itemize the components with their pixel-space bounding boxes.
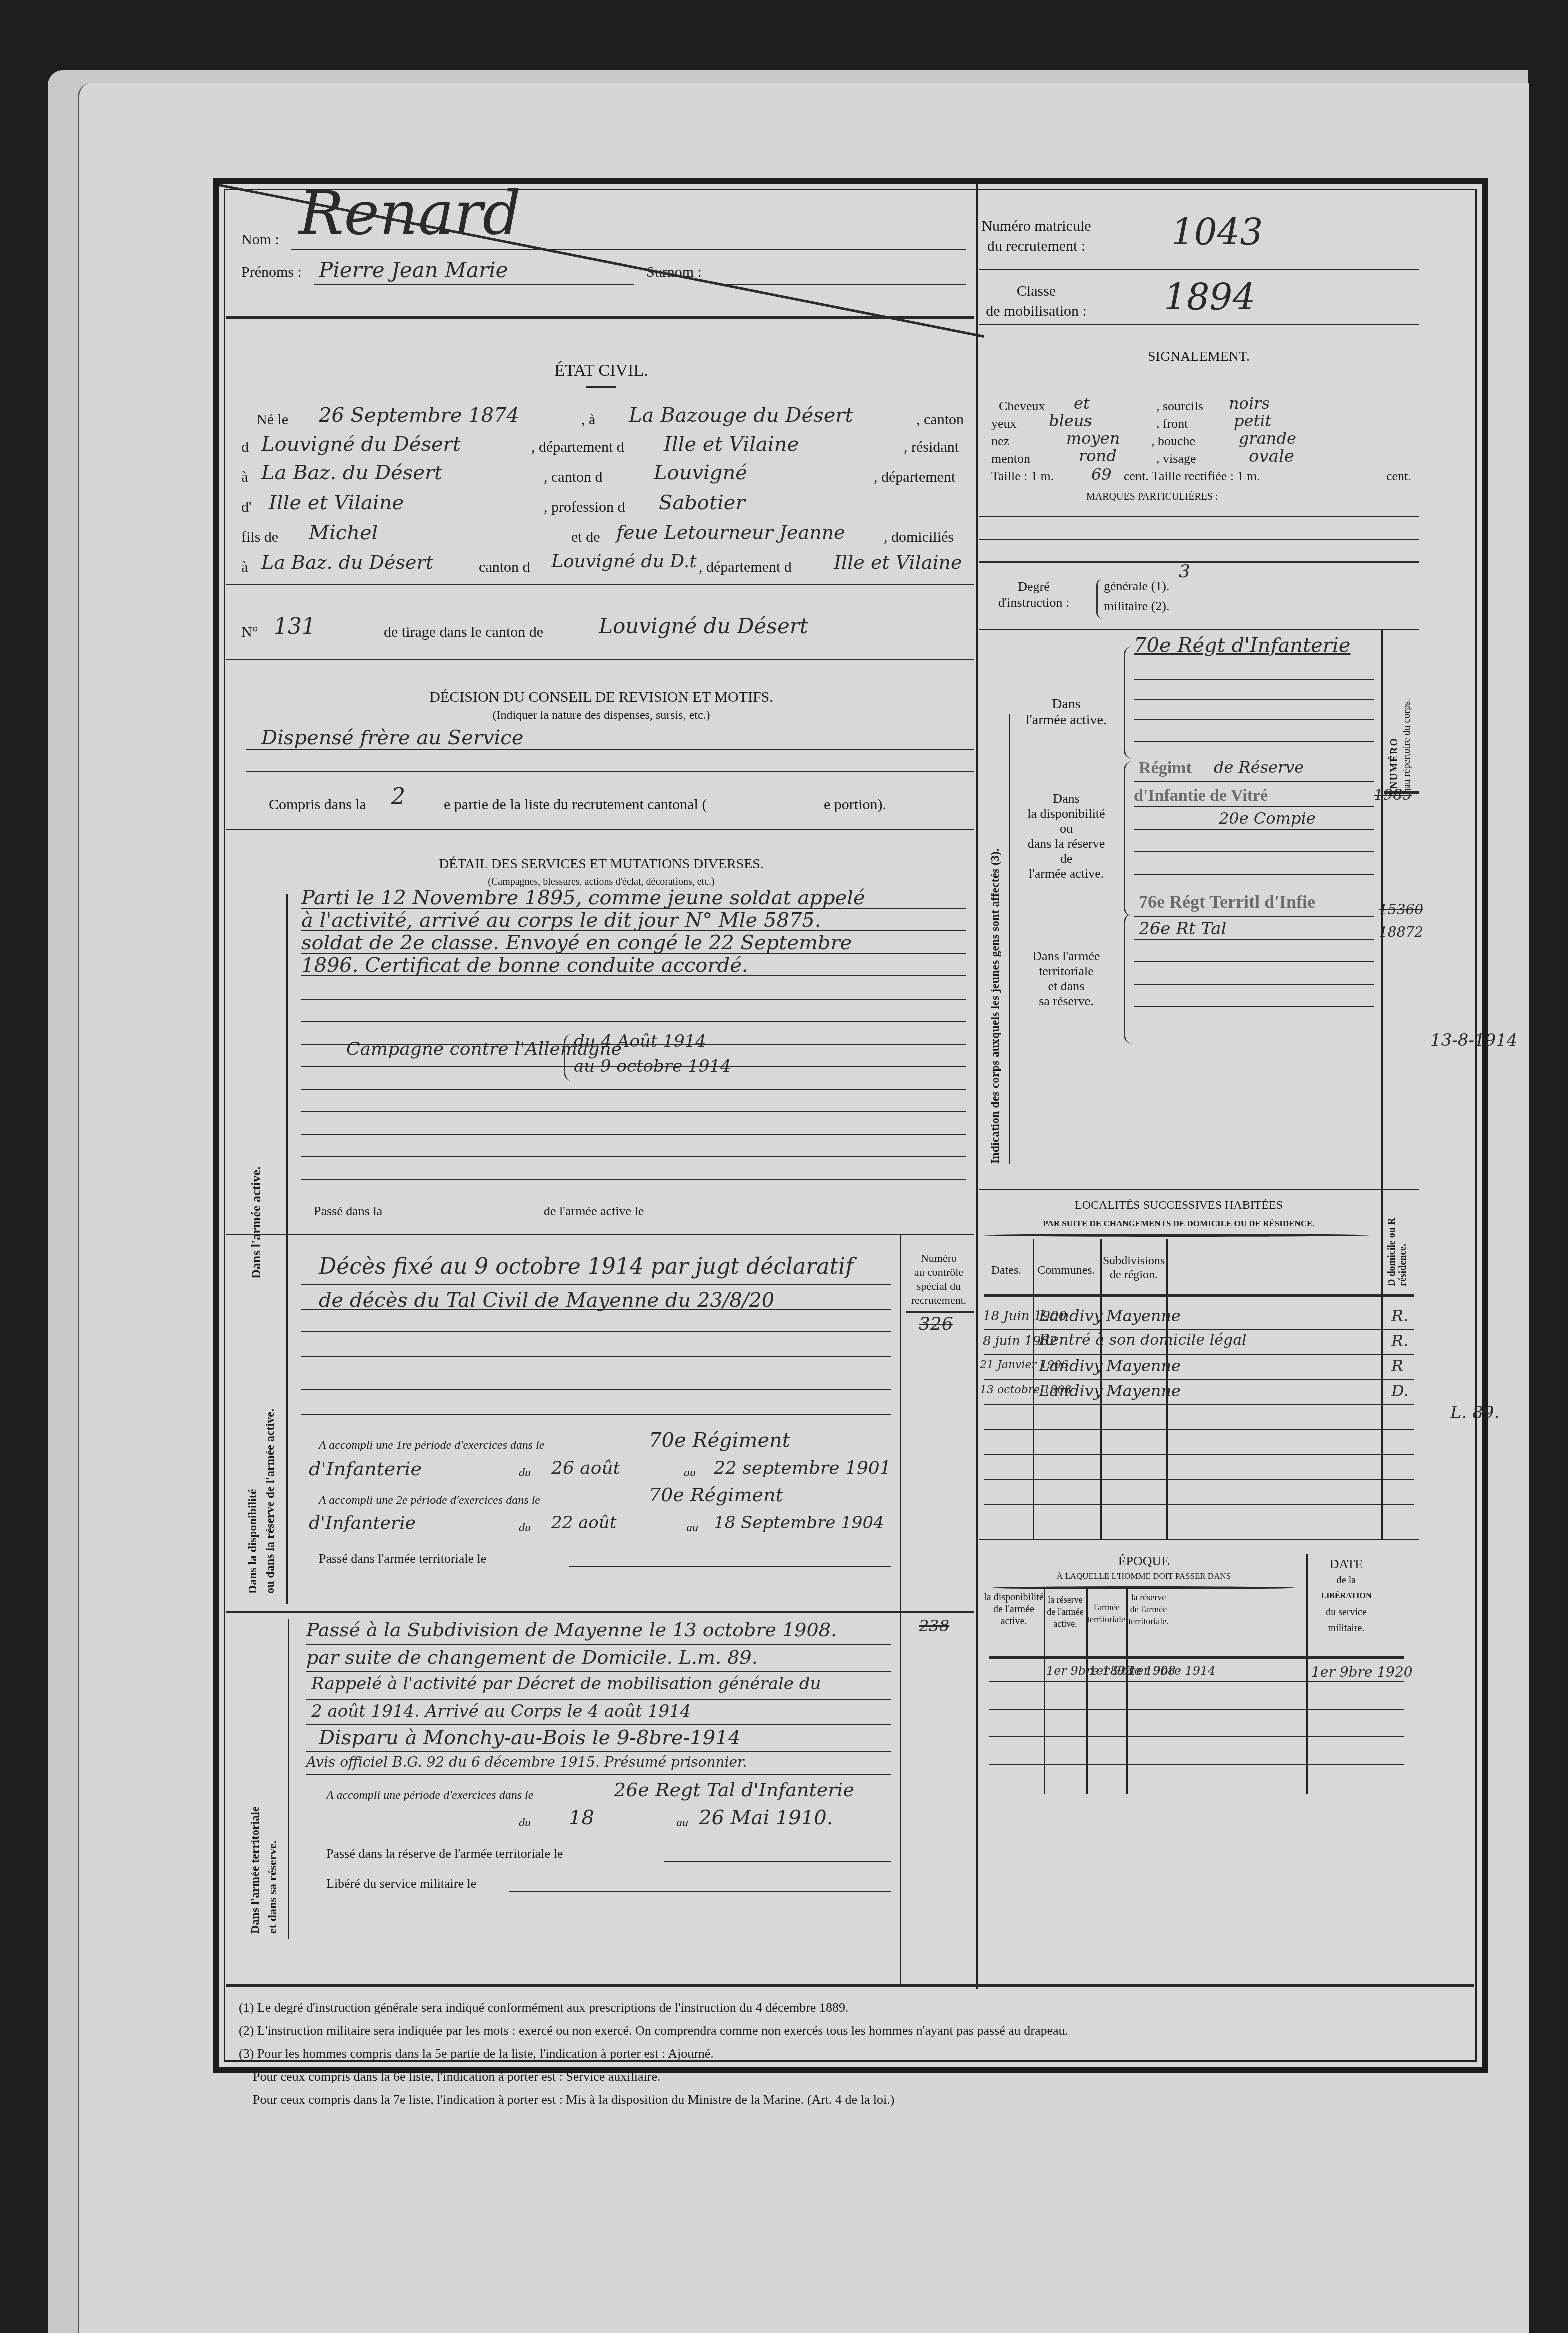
territoriale-side-label-2: et dans sa réserve. (266, 1840, 280, 1934)
residence: La Baz. du Désert (261, 461, 442, 484)
dispo-rule-3 (301, 1331, 891, 1332)
service-rule-10 (301, 1111, 966, 1112)
terr-corps-rule-2 (1134, 939, 1374, 940)
disponibilite-side-label-1: Dans la disponibilité (246, 1489, 260, 1594)
localites-title: LOCALITÉS SUCCESSIVES HABITÉES (979, 1199, 1379, 1212)
footnotes-top-rule (226, 1984, 1474, 1987)
terr-corps-rule-3 (1134, 961, 1374, 962)
residence-canton-label: , canton d (544, 469, 602, 486)
decision-value: Dispensé frère au Service (261, 726, 523, 749)
front-label: , front (1156, 416, 1188, 431)
etat-civil-bottom-rule (226, 584, 974, 585)
nez-value: moyen (1066, 429, 1120, 448)
numero-controle-divider (900, 1234, 901, 1611)
localite-type-4: D. (1391, 1381, 1409, 1400)
corps-bottom-rule (979, 1189, 1419, 1190)
disponibilite-side-rule (286, 1254, 288, 1604)
domicile: La Baz. du Désert (261, 551, 433, 573)
service-rule-5 (301, 999, 966, 1000)
liberation-header-1: DATE (1309, 1556, 1384, 1572)
localite-commune-1: Landivy (1039, 1306, 1103, 1325)
footnote-1: (1) Le degré d'instruction générale sera… (239, 1996, 1068, 2019)
instruction-brace (1096, 579, 1103, 619)
dispo-hand-2: 20e Compie (1219, 809, 1316, 828)
disponibilite-bottom-rule (226, 1611, 974, 1613)
yeux-label: yeux (991, 416, 1017, 431)
periode2-corps: 70e Régiment (649, 1484, 783, 1506)
localites-bottom-rule (979, 1539, 1419, 1540)
compris-partie: 2 (391, 784, 405, 809)
terr-corps-label-2: territoriale (1011, 964, 1121, 979)
matricule-value: 1043 (1171, 211, 1263, 253)
territoriale-line-1: Passé à la Subdivision de Mayenne le 13 … (306, 1619, 837, 1641)
decision-line-1 (246, 749, 974, 750)
bouche-value: grande (1239, 429, 1296, 448)
epoque-header-reserve-territoriale: la réserve de l'armée territoriale. (1127, 1591, 1170, 1627)
residence-dep-label: , département (874, 469, 955, 486)
footnote-3: (3) Pour les hommes compris dans la 5e p… (239, 2042, 1068, 2065)
active-rule-4 (1134, 741, 1374, 742)
dispo-corps-rule-3 (1134, 829, 1374, 830)
services-title: DÉTAIL DES SERVICES ET MUTATIONS DIVERSE… (219, 856, 984, 872)
decision-title: DÉCISION DU CONSEIL DE REVISION ET MOTIF… (219, 689, 984, 706)
decision-line-2 (246, 771, 974, 772)
service-rule-3 (301, 953, 966, 954)
generale-value: 3 (1179, 561, 1190, 582)
localite-type-1: R. (1391, 1306, 1408, 1325)
terr-reserve-label: Passé dans la réserve de l'armée territo… (326, 1846, 563, 1861)
periode1-au-label: au (684, 1466, 696, 1480)
birth-departement: Ille et Vilaine (664, 433, 799, 456)
visage-label: , visage (1156, 451, 1196, 466)
campagne-brace (564, 1034, 573, 1081)
terr-corps-rule-4 (1134, 984, 1374, 985)
margin-date: 13-8-1914 (1430, 1030, 1517, 1050)
father-name: Michel (309, 521, 378, 544)
localites-rule-4 (984, 1404, 1414, 1405)
service-rule-13 (301, 1179, 966, 1180)
service-line-2: à l'activité, arrivé au corps le dit jou… (301, 909, 821, 932)
portion-suffix: e portion). (824, 796, 886, 813)
numero-controle-value: 326 (919, 1314, 953, 1334)
liberation-header-3: LIBÉRATION (1309, 1588, 1384, 1604)
dispo-rule-4 (301, 1356, 891, 1357)
localites-header-dates: Dates. (981, 1264, 1031, 1277)
territoriale-numero-divider (900, 1611, 901, 1986)
numero-header-2: au contrôle (904, 1265, 974, 1279)
dispo-corps-label-3: ou (1011, 821, 1121, 836)
nom-underline (291, 249, 966, 250)
tirage-no-label: N° (241, 624, 258, 641)
terr-rule-4 (306, 1724, 891, 1725)
instruction-bottom-rule (979, 629, 1419, 630)
matricule-rule (979, 269, 1419, 270)
epoque-rule-4 (989, 1764, 1404, 1765)
dispo-corps-rule-4 (1134, 851, 1374, 852)
localite-commune-4: Landivy (1039, 1381, 1103, 1400)
active-label-2: l'armée active. (1011, 712, 1121, 728)
dispo-numero: 1985 (1374, 786, 1412, 804)
terr-corps-rule-1 (1134, 916, 1374, 917)
service-rule-4 (301, 975, 966, 976)
degre-label: Degré d'instruction : (979, 579, 1089, 611)
taille-value: 69 (1091, 465, 1112, 484)
periode1-corps: 70e Régiment (649, 1429, 790, 1452)
signalement-bottom-rule (979, 561, 1419, 563)
dispo-corps-rule-1 (1134, 781, 1374, 782)
taille-label: Taille : 1 m. (991, 469, 1054, 484)
resident-label: , résidant (904, 439, 959, 456)
terr-periode-du: 18 (569, 1806, 594, 1829)
active-label-1: Dans (1011, 696, 1121, 712)
active-rule-2 (1134, 699, 1374, 700)
etat-civil-rule (586, 386, 616, 388)
periode2-corps-2: d'Infanterie (309, 1513, 416, 1533)
dispo-corps-label-6: l'armée active. (1011, 866, 1121, 881)
corps-side-rule (1009, 714, 1010, 1164)
liberation-header-2: de la (1309, 1572, 1384, 1588)
dispo-corps-label-5: de (1011, 851, 1121, 866)
service-line-1: Parti le 12 Novembre 1895, comme jeune s… (301, 886, 865, 909)
epoque-flourish (991, 1586, 1296, 1589)
birth-date: 26 Septembre 1874 (319, 404, 519, 427)
cent-label: cent. (1386, 469, 1411, 484)
localite-subdivision-3: Mayenne (1106, 1356, 1181, 1375)
epoque-header-reserve-active: la réserve de l'armée active. (1045, 1594, 1086, 1630)
terr-corps-label-3: et dans (1011, 979, 1121, 994)
active-rule-3 (1134, 719, 1374, 720)
localites-header-rule (984, 1294, 1414, 1297)
periode1-au: 22 septembre 1901 (714, 1458, 891, 1478)
passe-label: Passé dans la (314, 1204, 382, 1219)
territoriale-side-label-1: Dans l'armée territoriale (249, 1806, 262, 1934)
terr-periode-au-label: au (676, 1816, 688, 1830)
classe-rule (979, 324, 1419, 325)
sourcils-value: noirs (1229, 394, 1270, 413)
terr-corps-label-1: Dans l'armée (1011, 949, 1121, 964)
liberation-divider (1306, 1554, 1308, 1794)
decision-subtitle: (Indiquer la nature des dispenses, sursi… (219, 709, 984, 722)
tirage-label: de tirage dans le canton de (384, 624, 543, 641)
canton-label: , canton (916, 411, 964, 428)
epoque-header-territoriale: l'armée territoriale. (1087, 1601, 1126, 1625)
epoque-rule-3 (989, 1736, 1404, 1737)
epoque-subtitle: À LAQUELLE L'HOMME DOIT PASSER DANS (984, 1571, 1304, 1581)
terr-rule-1 (306, 1644, 891, 1645)
terr-rule-2 (306, 1671, 891, 1672)
classe-label-1: Classe (979, 281, 1094, 301)
signalement-title: SIGNALEMENT. (979, 349, 1419, 365)
taille-rectifiee-label: cent. Taille rectifiée : 1 m. (1124, 469, 1260, 484)
domicile-prefix: à (241, 559, 248, 576)
service-line-4: 1896. Certificat de bonne conduite accor… (301, 954, 748, 977)
ne-le-label: Né le (256, 411, 288, 428)
localites-flourish (984, 1234, 1369, 1237)
nom-label: Nom : (241, 231, 279, 248)
compris-suffix: e partie de la liste du recrutement cant… (444, 796, 707, 813)
active-rule-1 (1134, 679, 1374, 680)
front-value: petit (1234, 411, 1271, 430)
active-corps: 70e Régt d'Infanterie (1134, 634, 1350, 657)
matricule-label-2: du recrutement : (979, 236, 1094, 256)
terr-reserve-underline (664, 1861, 891, 1862)
cheveux-value: et (1074, 394, 1090, 413)
localites-subtitle: PAR SUITE DE CHANGEMENTS DE DOMICILE OU … (979, 1219, 1379, 1229)
footnote-5: Pour ceux compris dans la 7e liste, l'in… (239, 2088, 1068, 2111)
marques-rule-2 (979, 539, 1419, 540)
active-label: Dans l'armée active. (1011, 696, 1121, 728)
dispo-corps-rule-5 (1134, 874, 1374, 875)
periode2-label: A accompli une 2e période d'exercices da… (319, 1494, 540, 1507)
right-column-divider (976, 184, 978, 1989)
localites-header-subdivisions: Subdivisions de région. (1101, 1254, 1166, 1282)
liberation-header-4: du service (1309, 1604, 1384, 1620)
localites-rule-5 (984, 1429, 1414, 1430)
sourcils-label: , sourcils (1156, 399, 1203, 414)
localites-header-communes: Communes. (1034, 1264, 1099, 1277)
territoriale-corps-label: Dans l'armée territoriale et dans sa rés… (1011, 949, 1121, 1009)
marques-rule-1 (979, 516, 1419, 517)
periode2-au: 18 Septembre 1904 (714, 1513, 884, 1533)
tirage-canton: Louvigné du Désert (599, 614, 808, 638)
service-rule-8 (301, 1066, 966, 1067)
residence-dep-prefix: d' (241, 499, 251, 516)
repertoire-label-2: au répertoire du corps. (1401, 699, 1413, 789)
passe-territoriale-label: Passé dans l'armée territoriale le (319, 1551, 486, 1566)
dispo-corps-label-1: Dans (1011, 791, 1121, 806)
services-side-label: Dans l'armée active. (249, 1166, 264, 1279)
residence-canton: Louvigné (654, 461, 747, 484)
domicile-dep-label: , département d (699, 559, 792, 576)
terr-rule-5 (306, 1751, 891, 1752)
birthplace: La Bazouge du Désert (629, 404, 853, 427)
active-brace (1124, 646, 1132, 759)
matricule-label: Numéro matricule du recrutement : (979, 216, 1094, 256)
canton-prefix: d (241, 439, 249, 456)
numero-controle-header: Numéro au contrôle spécial du recrutemen… (904, 1251, 974, 1307)
menton-label: menton (991, 451, 1030, 466)
surnom-underline (716, 284, 966, 285)
domicile-departement: Ille et Vilaine (834, 551, 962, 573)
periode1-corps-2: d'Infanterie (309, 1458, 422, 1480)
passe-suffix: de l'armée active le (544, 1204, 644, 1219)
terr-periode-corps: 26e Regt Tal d'Infanterie (614, 1779, 854, 1801)
epoque-title: ÉPOQUE (984, 1554, 1304, 1569)
terr-corps-label-4: sa réserve. (1011, 994, 1121, 1009)
tirage-number: 131 (274, 614, 316, 639)
territoriale-line-3: Rappelé à l'activité par Décret de mobil… (311, 1674, 821, 1694)
dispo-corps-label-4: dans la réserve (1011, 836, 1121, 851)
epoque-rule-2 (989, 1709, 1404, 1710)
dispo-rule-5 (301, 1389, 891, 1390)
territoriale-stamp: 76e Régt Territl d'Infie (1139, 891, 1315, 912)
departement-label: , département d (531, 439, 624, 456)
services-bottom-rule (226, 1234, 974, 1235)
profession-label: , profession d (544, 499, 625, 516)
numero-header-1: Numéro (904, 1251, 974, 1265)
localites-rule-6 (984, 1454, 1414, 1455)
generale-label: générale (1). (1104, 579, 1169, 594)
compris-label: Compris dans la (269, 796, 366, 813)
service-line-3: soldat de 2e classe. Envoyé en congé le … (301, 931, 852, 954)
menton-value: rond (1079, 446, 1117, 465)
prenoms-underline (314, 284, 634, 285)
dispo-rule-2 (301, 1309, 891, 1310)
numero-controle-rule (906, 1311, 974, 1313)
libere-label: Libéré du service militaire le (326, 1876, 476, 1891)
fils-de-label: fils de (241, 529, 278, 546)
degre-label-2: d'instruction : (979, 595, 1089, 611)
decision-bottom-rule (226, 829, 974, 830)
terr-periode-au: 26 Mai 1910. (699, 1806, 833, 1829)
domicile-canton-label: canton d (479, 559, 530, 576)
periode2-du-label: du (519, 1521, 531, 1535)
mother-name: feue Letourneur Jeanne (616, 521, 845, 543)
liberation-header-5: militaire. (1309, 1620, 1384, 1636)
deces-line-1: Décès fixé au 9 octobre 1914 par jugt dé… (319, 1254, 853, 1279)
periode2-au-label: au (686, 1521, 698, 1535)
footnote-4: Pour ceux compris dans la 6e liste, l'in… (239, 2065, 1068, 2088)
dispo-corps-label-2: la disponibilité (1011, 806, 1121, 821)
birth-a-label: , à (581, 411, 595, 428)
periode1-du-label: du (519, 1466, 531, 1480)
footnote-2: (2) L'instruction militaire sera indiqué… (239, 2019, 1068, 2042)
liberation-header: DATE de la LIBÉRATION du service militai… (1309, 1556, 1384, 1636)
residence-prefix: à (241, 469, 248, 486)
service-rule-7 (301, 1044, 966, 1045)
yeux-value: bleus (1049, 411, 1092, 430)
localite-type-2: R. (1391, 1331, 1408, 1350)
localites-rule-3 (984, 1379, 1414, 1380)
terr-periode-du-label: du (519, 1816, 531, 1830)
localites-rule-8 (984, 1504, 1414, 1505)
numero-header-4: recrutement. (904, 1293, 974, 1307)
localite-subdivision-1: Mayenne (1106, 1306, 1181, 1325)
periode2-du: 22 août (551, 1513, 616, 1533)
localite-commune-3: Landivy (1039, 1356, 1103, 1375)
territoriale-numero-struck: 15360 (1379, 901, 1423, 918)
epoque-header-rule (989, 1656, 1404, 1659)
libere-underline (509, 1891, 891, 1892)
localites-rule-2 (984, 1354, 1414, 1355)
terr-rule-3 (306, 1699, 891, 1700)
disponibilite-side-label-2: ou dans la réserve de l'armée active. (264, 1409, 277, 1594)
territoriale-hand: 26e Rt Tal (1139, 919, 1226, 939)
birth-canton: Louvigné du Désert (261, 433, 461, 456)
localites-header-type: D domicile ou R résidence. (1386, 1201, 1408, 1286)
dispo-rule-6 (301, 1414, 891, 1415)
territoriale-line-2: par suite de changement de Domicile. L.m… (306, 1646, 758, 1668)
degre-label-1: Degré (979, 579, 1089, 595)
classe-label: Classe de mobilisation : (979, 281, 1094, 321)
localite-subdivision-4: Mayenne (1106, 1381, 1181, 1400)
disponibilite-brace (1124, 761, 1132, 916)
matricule-label-1: Numéro matricule (979, 216, 1094, 236)
et-de-label: et de (571, 529, 600, 546)
epoque-header-disponibilite: la disponibilité de l'armée active. (984, 1591, 1044, 1627)
passe-territoriale-underline (569, 1566, 891, 1567)
bouche-label: , bouche (1151, 434, 1195, 449)
domicile-canton: Louvigné du D.t (551, 551, 697, 572)
service-rule-11 (301, 1134, 966, 1135)
domicilies-label: , domiciliés (884, 529, 954, 546)
localite-commune-2: Rentré à son domicile légal (1039, 1331, 1247, 1349)
registration-form: Nom : Renard Prénoms : Pierre Jean Marie… (213, 178, 1488, 2073)
service-rule-9 (301, 1089, 966, 1090)
territoriale-numero-value: 18872 (1379, 924, 1423, 940)
campagne-from: du 4 Août 1914 (574, 1031, 706, 1051)
footnotes: (1) Le degré d'instruction générale sera… (239, 1996, 1068, 2111)
liberation-value: 1er 9bre 1920 (1311, 1664, 1413, 1680)
service-rule-2 (301, 930, 966, 931)
service-rule-6 (301, 1021, 966, 1022)
marques-label: MARQUES PARTICULIÈRES : (1086, 491, 1218, 503)
localite-type-3: R (1391, 1356, 1403, 1375)
territoriale-line-4: 2 août 1914. Arrivé au Corps le 4 août 1… (311, 1701, 691, 1721)
dispo-rule-1 (301, 1284, 891, 1285)
classe-label-2: de mobilisation : (979, 301, 1094, 321)
repertoire-label-1: NUMÉRO (1389, 737, 1400, 789)
nez-label: nez (991, 434, 1009, 449)
localites-col-divider-4 (1381, 1189, 1383, 1539)
disponibilite-corps-label: Dans la disponibilité ou dans la réserve… (1011, 791, 1121, 881)
tirage-bottom-rule (226, 659, 974, 660)
militaire-label: militaire (2). (1104, 599, 1169, 614)
dispo-stamp-1: Régimt (1139, 759, 1192, 778)
territoriale-numero: 238 (919, 1616, 949, 1635)
prenoms-value: Pierre Jean Marie (319, 258, 508, 282)
territoriale-side-rule (288, 1619, 289, 1939)
numero-header-3: spécial du (904, 1279, 974, 1293)
cheveux-label: Cheveux (999, 399, 1045, 414)
etat-civil-title: ÉTAT CIVIL. (219, 361, 984, 380)
services-side-rule (286, 894, 288, 1299)
prenoms-label: Prénoms : (241, 264, 302, 281)
epoque-rule-1 (989, 1681, 1404, 1682)
localites-rule-7 (984, 1479, 1414, 1480)
identity-bottom-rule (226, 316, 974, 319)
margin-note: L. 89. (1450, 1403, 1499, 1423)
periode1-du: 26 août (551, 1458, 620, 1478)
territoriale-line-6: Avis officiel B.G. 92 du 6 décembre 1915… (306, 1754, 747, 1770)
terr-periode-label: A accompli une période d'exercices dans … (326, 1789, 533, 1802)
profession: Sabotier (659, 491, 745, 514)
corps-side-label: Indication des corps auxquels les jeunes… (989, 848, 1002, 1164)
service-rule-12 (301, 1156, 966, 1157)
epoque-reserve-territoriale-value: 1er 9bre 1914 (1129, 1664, 1216, 1678)
visage-value: ovale (1249, 446, 1294, 466)
territoriale-line-5: Disparu à Monchy-au-Bois le 9-8bre-1914 (319, 1726, 741, 1749)
terr-rule-6 (306, 1774, 891, 1775)
dispo-hand-1: de Réserve (1214, 758, 1304, 777)
dispo-stamp-2: d'Infantie de Vitré (1134, 786, 1268, 805)
dispo-corps-rule-2 (1134, 806, 1374, 807)
residence-departement: Ille et Vilaine (269, 491, 404, 514)
service-rule-1 (301, 908, 966, 909)
classe-value: 1894 (1164, 276, 1255, 318)
localites-rule-1 (984, 1329, 1414, 1330)
periode1-label: A accompli une 1re période d'exercices d… (319, 1439, 544, 1452)
terr-corps-rule-5 (1134, 1006, 1374, 1007)
territoriale-brace (1124, 914, 1132, 1044)
